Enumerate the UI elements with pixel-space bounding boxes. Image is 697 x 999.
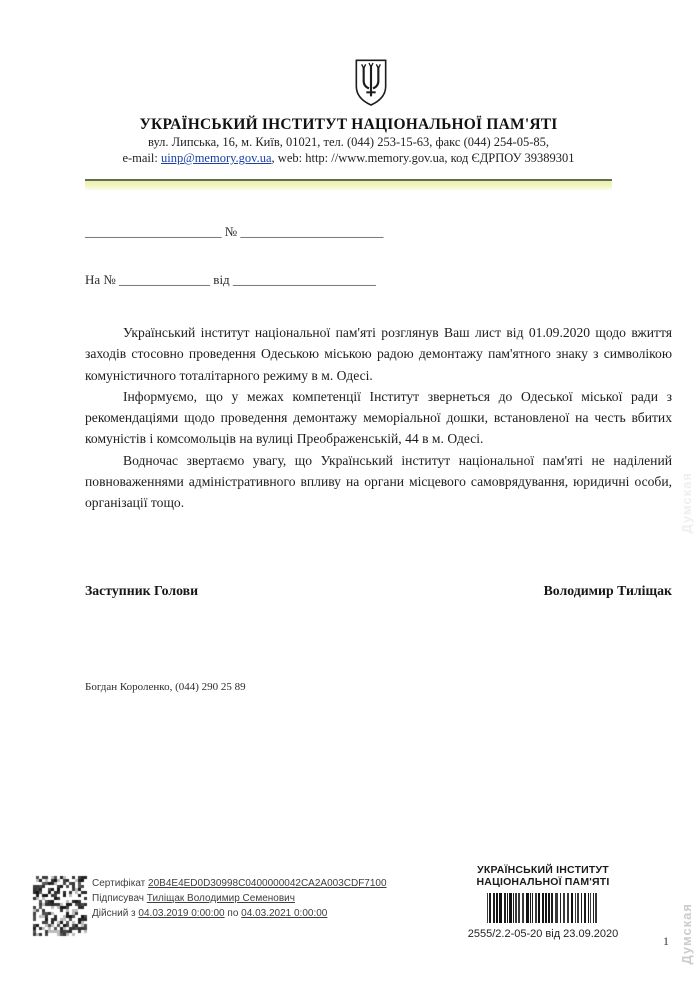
executor-contact: Богдан Короленко, (044) 290 25 89 <box>85 681 246 693</box>
signer-label: Підписувач <box>92 893 144 904</box>
signer-name: Володимир Тиліщак <box>544 583 672 599</box>
barcode <box>487 893 599 923</box>
flag-ribbon-divider <box>85 179 612 190</box>
document-number: 2555/2.2-05-20 від 23.09.2020 <box>466 928 620 940</box>
watermark-bottom: Думская <box>679 903 694 964</box>
reference-block: _____________________ № ________________… <box>85 192 383 320</box>
contacts-rest: , web: http: //www.memory.gov.ua, код ЄД… <box>272 151 575 165</box>
certificate-label: Сертифікат <box>92 878 145 889</box>
stamp-org-line2: НАЦІОНАЛЬНОЇ ПАМ'ЯТІ <box>466 876 620 888</box>
watermark-mid: Думская <box>679 472 694 533</box>
org-contacts: e-mail: uinp@memory.gov.ua, web: http: /… <box>85 151 612 166</box>
address-line: вул. Липська, 16, м. Київ, 01021, тел. (… <box>148 135 549 149</box>
ukraine-trident-emblem-icon <box>351 58 391 113</box>
validity-label: Дійсний з <box>92 908 136 919</box>
validity-line: Дійсний з 04.03.2019 0:00:00 по 04.03.20… <box>92 906 422 921</box>
letter-page: УКРАЇНСЬКИЙ ІНСТИТУТ НАЦІОНАЛЬНОЇ ПАМ'ЯТ… <box>0 0 697 999</box>
reference-line-number: _____________________ № ________________… <box>85 224 383 240</box>
registration-stamp: УКРАЇНСЬКИЙ ІНСТИТУТ НАЦІОНАЛЬНОЇ ПАМ'ЯТ… <box>466 864 620 940</box>
signer-position: Заступник Голови <box>85 583 198 599</box>
email-label: e-mail: <box>122 151 157 165</box>
qr-code <box>30 873 88 937</box>
signer-line: Підписувач Тиліщак Володимир Семенович <box>92 891 422 906</box>
letter-body: Український інститут національної пам'ят… <box>85 322 672 514</box>
page-number: 1 <box>663 934 669 949</box>
paragraph: Український інститут національної пам'ят… <box>85 322 672 386</box>
letterhead: УКРАЇНСЬКИЙ ІНСТИТУТ НАЦІОНАЛЬНОЇ ПАМ'ЯТ… <box>85 58 612 166</box>
paragraph: Водночас звертаємо увагу, що Український… <box>85 450 672 514</box>
signature-row: Заступник Голови Володимир Тиліщак <box>85 583 672 599</box>
certificate-line: Сертифікат 20B4E4ED0D30998C0400000042CA2… <box>92 876 422 891</box>
signer-value: Тиліщак Володимир Семенович <box>147 893 295 904</box>
org-title: УКРАЇНСЬКИЙ ІНСТИТУТ НАЦІОНАЛЬНОЇ ПАМ'ЯТ… <box>85 116 612 134</box>
valid-to-value: 04.03.2021 0:00:00 <box>241 908 327 919</box>
paragraph: Інформуємо, що у межах компетенції Інсти… <box>85 386 672 450</box>
valid-from-value: 04.03.2019 0:00:00 <box>138 908 224 919</box>
stamp-org-line1: УКРАЇНСЬКИЙ ІНСТИТУТ <box>466 864 620 876</box>
org-address: вул. Липська, 16, м. Київ, 01021, тел. (… <box>85 135 612 150</box>
email-link[interactable]: uinp@memory.gov.ua <box>161 151 272 165</box>
certificate-value: 20B4E4ED0D30998C0400000042CA2A003CDF7100 <box>148 878 387 889</box>
validity-to-label: по <box>227 908 238 919</box>
reference-line-reply: На № ______________ від ________________… <box>85 272 383 288</box>
digital-signature-block: Сертифікат 20B4E4ED0D30998C0400000042CA2… <box>92 876 422 921</box>
